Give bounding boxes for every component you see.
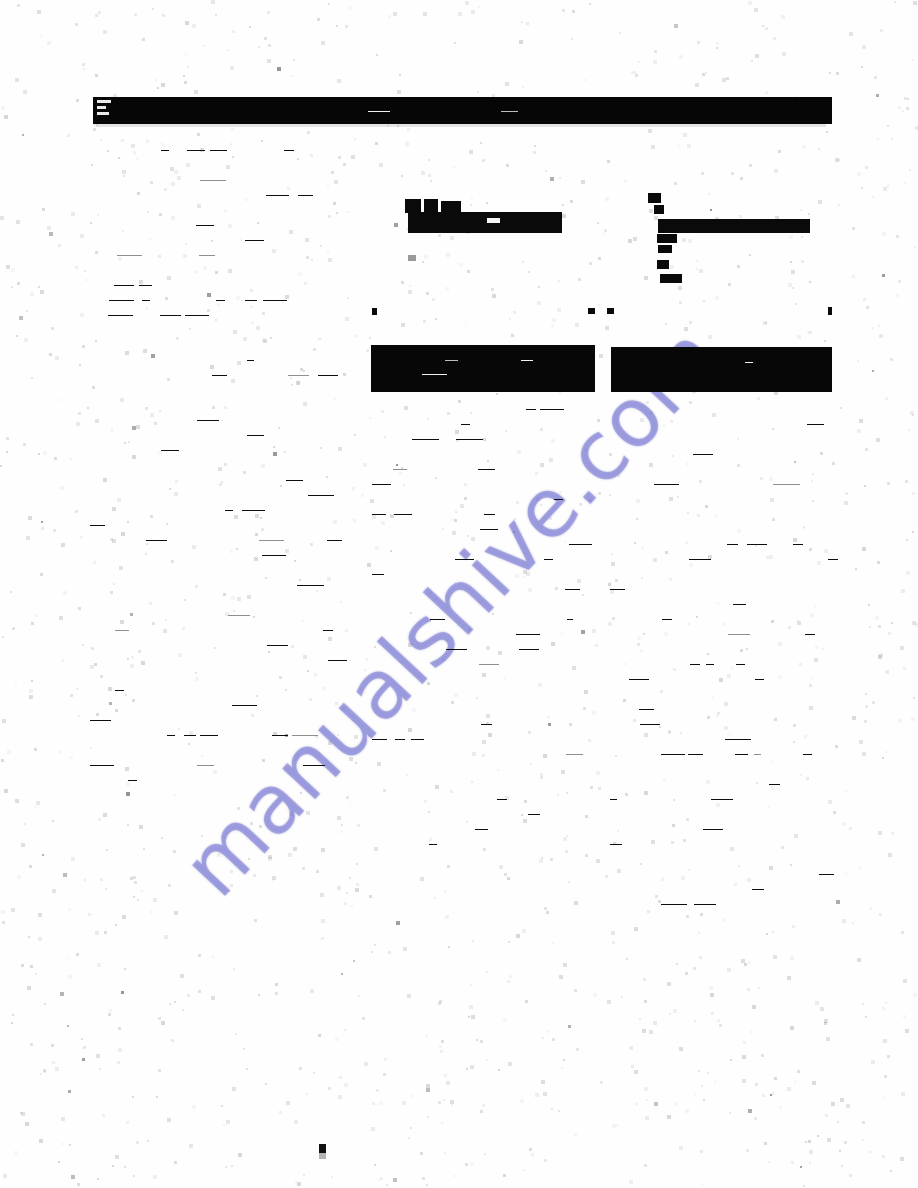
figure-right-bullet-mark	[657, 260, 669, 269]
ink-speck	[607, 308, 614, 314]
figure-left-bar	[408, 212, 562, 233]
title-bar-scan-shadow	[96, 124, 826, 127]
right-column-illegible-text	[610, 402, 838, 927]
printed-ink-layer	[0, 0, 918, 1188]
figure-right-bar	[658, 219, 810, 233]
figure-right-glyph	[654, 205, 664, 214]
ink-speck	[828, 307, 832, 315]
left-column-illegible-text	[90, 143, 348, 788]
scanned-manual-page: manualshive.com	[0, 0, 918, 1188]
page-number-mark	[319, 1144, 326, 1153]
illegible-title-text	[250, 104, 695, 117]
figure-right-bullet-mark	[657, 234, 677, 243]
figure-left-label-glyph	[424, 199, 438, 213]
figure-left-bar-notch	[487, 218, 500, 223]
ink-speck	[588, 308, 595, 314]
page-title-bar	[93, 97, 832, 124]
middle-column-illegible-text	[372, 402, 598, 852]
section-header-middle-column	[371, 345, 595, 392]
page-number-mark-shadow	[319, 1153, 326, 1159]
figure-right-bullet-mark	[660, 274, 682, 283]
section-header-right-column	[611, 347, 832, 392]
figure-right-bullet-mark	[658, 245, 672, 253]
ink-speck	[408, 255, 416, 261]
figure-left-label-glyph	[405, 199, 421, 213]
publisher-logo-icon	[97, 100, 123, 121]
figure-right-glyph	[648, 193, 661, 203]
ink-speck	[372, 308, 377, 315]
